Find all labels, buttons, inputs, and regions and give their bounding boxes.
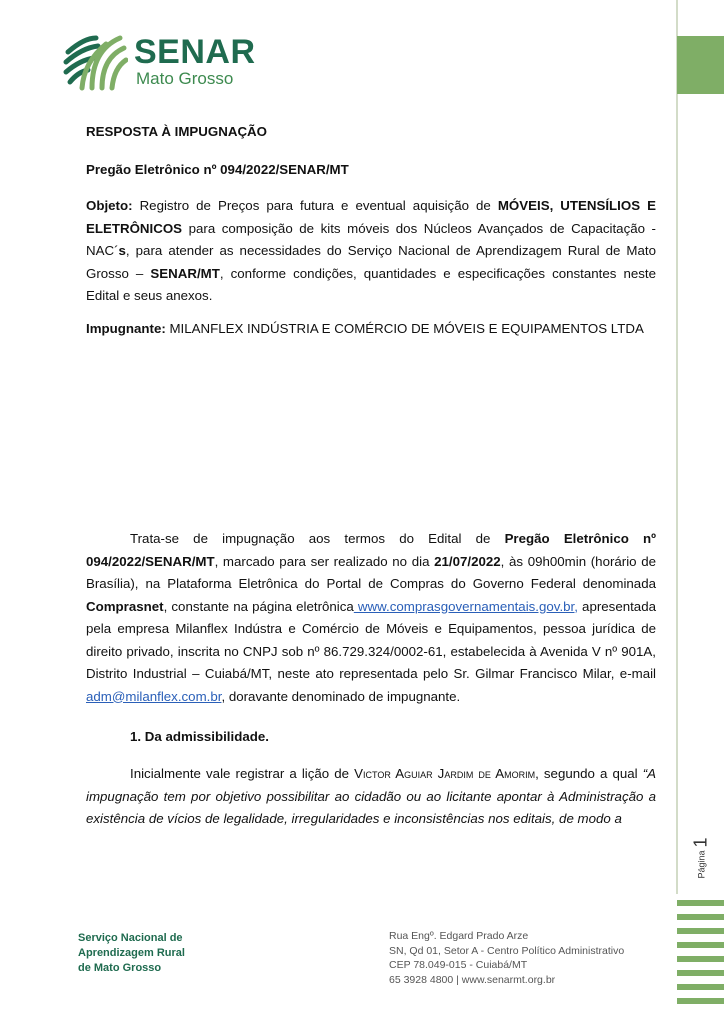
- page-number-label: Página1: [686, 828, 716, 888]
- section-heading: 1. Da admissibilidade.: [130, 726, 700, 749]
- footer-stripes: [677, 900, 724, 1012]
- doc-subtitle: Pregão Eletrônico nº 094/2022/SENAR/MT: [86, 159, 656, 182]
- comprasnet-link[interactable]: www.comprasgovernamentais.gov.br,: [354, 599, 578, 614]
- wheat-leaf-icon: [62, 30, 128, 92]
- objeto-paragraph: Objeto: Registro de Preços para futura e…: [86, 195, 656, 308]
- email-link[interactable]: adm@milanflex.com.br: [86, 689, 221, 704]
- footer-org: Serviço Nacional de Aprendizagem Rural d…: [78, 931, 185, 976]
- intro-paragraph: Trata-se de impugnação aos termos do Edi…: [86, 528, 656, 708]
- admissibility-paragraph: Inicialmente vale registrar a lição de V…: [86, 763, 656, 831]
- sidebar-line: [676, 0, 678, 894]
- senar-logo: SENAR Mato Grosso: [62, 30, 256, 92]
- footer-address: Rua Engº. Edgard Prado Arze SN, Qd 01, S…: [389, 929, 624, 987]
- logo-subtitle: Mato Grosso: [136, 70, 256, 87]
- sidebar-accent-block: [677, 36, 724, 94]
- logo-name: SENAR: [134, 35, 256, 69]
- doc-title: RESPOSTA À IMPUGNAÇÃO: [86, 121, 656, 144]
- impugnante-line: Impugnante: MILANFLEX INDÚSTRIA E COMÉRC…: [86, 318, 656, 341]
- page-number: 1: [691, 837, 711, 847]
- page-label-text: Página: [697, 850, 707, 878]
